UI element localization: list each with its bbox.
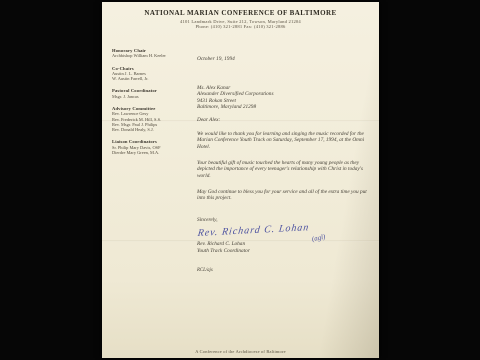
officer-name: Archbishop William H. Keeler [112, 53, 192, 58]
signature-block: Rev. Richard C. Lohan(agl) [197, 223, 387, 241]
typist-initials: RCL/ajs [197, 268, 371, 273]
signer-name: Rev. Richard C. Lohan [197, 241, 371, 247]
org-phone: Phone: (410) 321-2881 Fax: (410) 321-288… [102, 24, 379, 29]
salutation: Dear Alex: [197, 117, 371, 123]
letterhead: NATIONAL MARIAN CONFERENCE OF BALTIMORE … [102, 9, 379, 29]
officer-group: Liaison Coordinators Sr. Philip Mary Dav… [112, 139, 192, 155]
body-paragraph: May God continue to bless you for your s… [197, 189, 371, 202]
recipient-address: Ms. Alex Kanar Alexander Diversified Cor… [197, 85, 371, 111]
letter-date: October 19, 1994 [197, 56, 371, 62]
officer-group: Co-Chairs Austin J. L. Barnes W. Austin … [112, 66, 192, 82]
officer-name: Msgr. J. Jancas [112, 94, 192, 99]
officer-group: Advisory Committee Rev. Lawrence Gesy Re… [112, 106, 192, 132]
body-paragraph: We would like to thank you for learning … [197, 131, 371, 150]
signer-title: Youth Track Coordinator [197, 248, 371, 254]
org-address: 4101 Landmark Drive, Suite 212, Towson, … [102, 19, 379, 24]
officer-group: Honorary Chair Archbishop William H. Kee… [112, 48, 192, 59]
recipient-city: Baltimore, Maryland 21298 [197, 104, 371, 110]
officers-sidebar: Honorary Chair Archbishop William H. Kee… [112, 48, 192, 162]
officer-group: Pastoral Coordinator Msgr. J. Jancas [112, 88, 192, 99]
letter-scan: NATIONAL MARIAN CONFERENCE OF BALTIMORE … [102, 2, 379, 358]
footer-tagline: A Conference of the Archdiocese of Balti… [102, 349, 379, 354]
officer-name: W. Austin Farrell, Jr. [112, 76, 192, 81]
body-paragraph: Your beautiful gift of music touched the… [197, 160, 371, 179]
officer-name: Dierdre Mary Green, M.A. [112, 150, 192, 155]
org-name: NATIONAL MARIAN CONFERENCE OF BALTIMORE [102, 9, 379, 17]
video-frame-backdrop: NATIONAL MARIAN CONFERENCE OF BALTIMORE … [0, 0, 480, 360]
handwritten-signature: Rev. Richard C. Lohan [197, 222, 310, 239]
officer-name: Rev. Donald Healy, S.J. [112, 127, 192, 132]
